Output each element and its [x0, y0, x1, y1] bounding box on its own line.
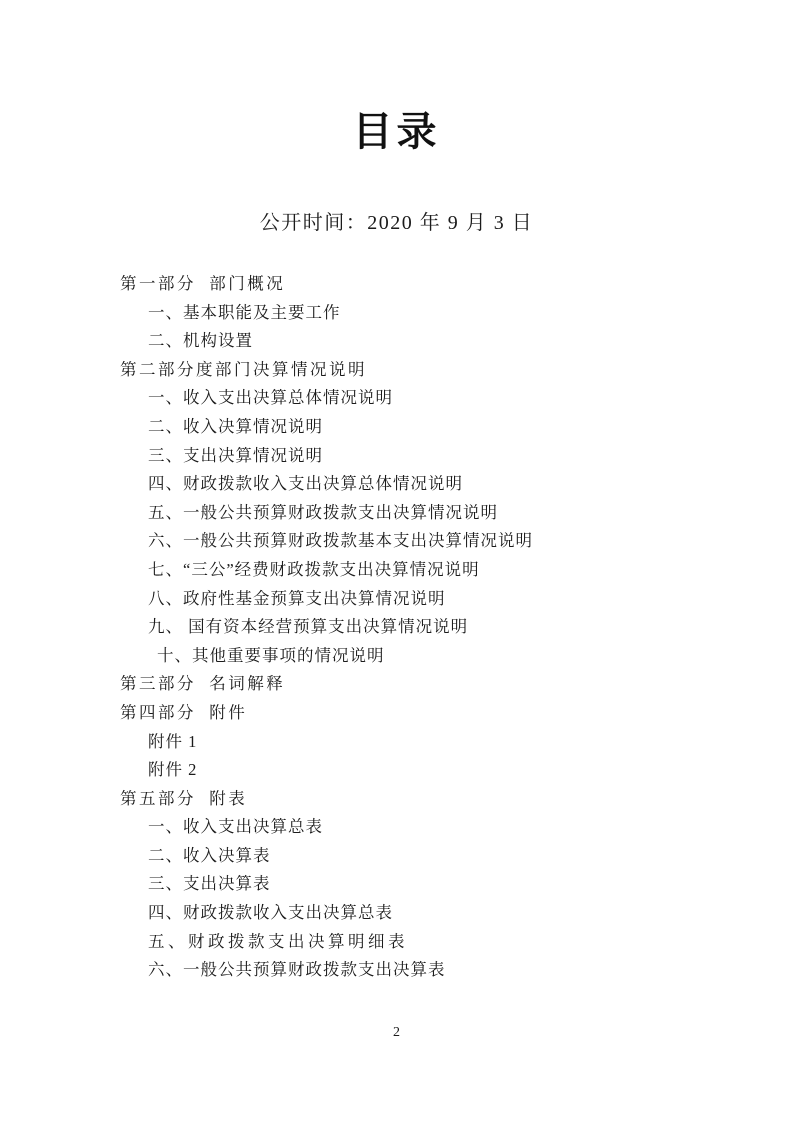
toc-entry: 六、一般公共预算财政拨款支出决算表	[0, 956, 793, 985]
toc-entry: 附件 1	[0, 728, 793, 757]
toc-entry: 一、收入支出决算总表	[0, 813, 793, 842]
toc-entry: 附件 2	[0, 756, 793, 785]
toc-entry: 二、收入决算情况说明	[0, 413, 793, 442]
toc-entry: 二、机构设置	[0, 327, 793, 356]
toc-entry: 十、其他重要事项的情况说明	[0, 642, 793, 671]
publish-time: 公开时间：2020 年 9 月 3 日	[0, 208, 793, 238]
page-title: 目录	[0, 108, 793, 156]
table-of-contents: 第一部分 部门概况 一、基本职能及主要工作 二、机构设置 第二部分度部门决算情况…	[0, 270, 793, 985]
toc-section-part1: 第一部分 部门概况	[0, 270, 793, 299]
toc-section-part2: 第二部分度部门决算情况说明	[0, 356, 793, 385]
toc-entry: 四、财政拨款收入支出决算总体情况说明	[0, 470, 793, 499]
toc-entry: 六、一般公共预算财政拨款基本支出决算情况说明	[0, 527, 793, 556]
toc-entry: 五、一般公共预算财政拨款支出决算情况说明	[0, 499, 793, 528]
toc-section-part3: 第三部分 名词解释	[0, 670, 793, 699]
toc-entry: 五、财政拨款支出决算明细表	[0, 928, 793, 957]
toc-section-part4: 第四部分 附件	[0, 699, 793, 728]
page-number: 2	[0, 1023, 793, 1043]
toc-entry: 九、 国有资本经营预算支出决算情况说明	[0, 613, 793, 642]
toc-entry: 一、收入支出决算总体情况说明	[0, 384, 793, 413]
toc-entry: 二、收入决算表	[0, 842, 793, 871]
document-page: 目录 公开时间：2020 年 9 月 3 日 第一部分 部门概况 一、基本职能及…	[0, 0, 793, 1122]
toc-entry: 三、支出决算表	[0, 870, 793, 899]
toc-entry: 一、基本职能及主要工作	[0, 299, 793, 328]
toc-entry: 三、支出决算情况说明	[0, 442, 793, 471]
toc-entry: 七、“三公”经费财政拨款支出决算情况说明	[0, 556, 793, 585]
toc-section-part5: 第五部分 附表	[0, 785, 793, 814]
toc-entry: 八、政府性基金预算支出决算情况说明	[0, 585, 793, 614]
toc-entry: 四、财政拨款收入支出决算总表	[0, 899, 793, 928]
